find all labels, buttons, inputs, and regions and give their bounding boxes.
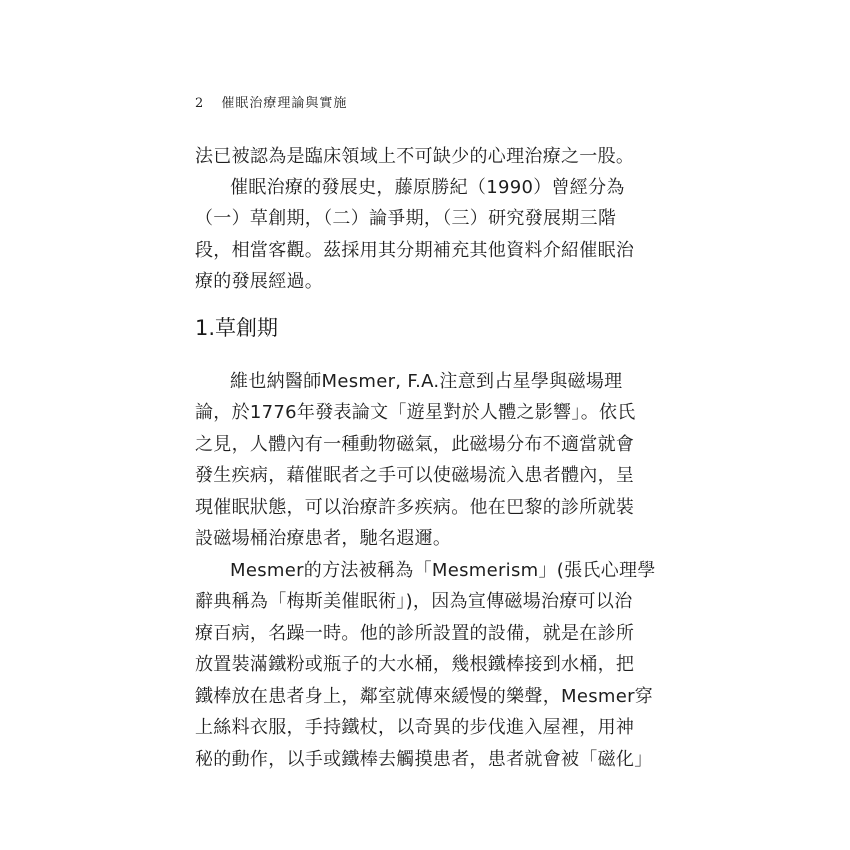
paragraph-line: 辭典稱為「梅斯美催眠術」)，因為宣傳磁場治療可以治 xyxy=(195,591,633,613)
paragraph-line: 維也納醫師Mesmer, F.A.注意到占星學與磁場理 xyxy=(230,371,622,393)
paragraph-line: Mesmer的方法被稱為「Mesmerism」(張氏心理學 xyxy=(230,560,656,582)
paragraph-line: 療的發展經過。 xyxy=(195,271,323,293)
paragraph-line: 之見，人體內有一種動物磁氣，此磁場分布不適當就會 xyxy=(195,434,634,456)
paragraph-line: 秘的動作，以手或鐵棒去觸摸患者，患者就會被「磁化」 xyxy=(195,749,653,771)
paragraph-line: 現催眠狀態，可以治療許多疾病。他在巴黎的診所就裝 xyxy=(195,497,634,519)
paragraph-line: 法已被認為是臨床領域上不可缺少的心理治療之一股。 xyxy=(195,146,634,168)
paragraph-line: 設磁場桶治療患者，馳名遐邇。 xyxy=(195,528,451,550)
paragraph-line: 上絲料衣服，手持鐵杖，以奇異的步伐進入屋裡，用神 xyxy=(195,717,634,739)
paragraph-line: 發生疾病，藉催眠者之手可以使磁場流入患者體內，呈 xyxy=(195,465,634,487)
paragraph-line: （一）草創期，（二）論爭期，（三）研究發展期三階 xyxy=(195,208,616,230)
page-number: 2 xyxy=(195,96,204,111)
paragraph-line: 鐵棒放在患者身上，鄰室就傳來緩慢的樂聲，Mesmer穿 xyxy=(195,686,653,708)
paragraph-line: 放置裝滿鐵粉或瓶子的大水桶，幾根鐵棒接到水桶，把 xyxy=(195,654,634,676)
section-heading: 1.草創期 xyxy=(195,315,278,341)
paragraph-line: 催眠治療的發展史，藤原勝紀（1990）曾經分為 xyxy=(230,177,625,199)
paragraph-line: 論，於1776年發表論文「遊星對於人體之影響」。依氏 xyxy=(195,402,636,424)
paragraph-line: 療百病，名躁一時。他的診所設置的設備，就是在診所 xyxy=(195,623,634,645)
book-page: 2 催眠治療理論與實施 法已被認為是臨床領域上不可缺少的心理治療之一股。 催眠治… xyxy=(0,0,850,850)
running-title: 催眠治療理論與實施 xyxy=(221,96,347,111)
paragraph-line: 段，相當客觀。茲採用其分期補充其他資料介紹催眠治 xyxy=(195,240,634,262)
running-header: 2 催眠治療理論與實施 xyxy=(195,92,347,111)
